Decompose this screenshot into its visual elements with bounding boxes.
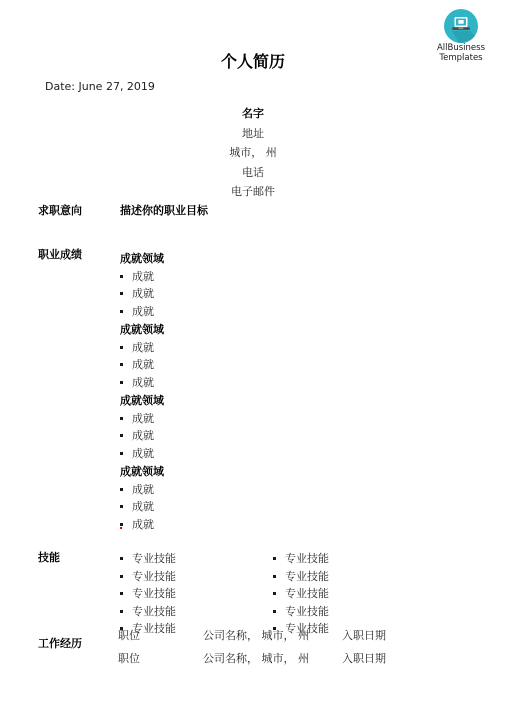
square-bullet-icon bbox=[120, 557, 123, 560]
list-item: 专业技能 bbox=[273, 603, 423, 621]
skill-item-text: 专业技能 bbox=[132, 552, 176, 565]
resume-page: AllBusiness Templates 个人简历 Date: June 27… bbox=[0, 0, 506, 703]
achievement-item-text: 成就 bbox=[132, 429, 154, 442]
square-bullet-icon bbox=[273, 592, 276, 595]
achievement-area-heading: 成就领域 bbox=[120, 250, 340, 268]
list-item: 专业技能 bbox=[273, 550, 423, 568]
skills-column-right: 专业技能 专业技能 专业技能 专业技能 专业技能 bbox=[273, 550, 423, 638]
section-label-objective: 求职意向 bbox=[38, 204, 82, 218]
square-bullet-icon bbox=[120, 346, 123, 349]
contact-phone: 电话 bbox=[0, 163, 506, 183]
skill-item-text: 专业技能 bbox=[285, 605, 329, 618]
section-label-experience: 工作经历 bbox=[38, 637, 82, 651]
achievement-item-text: 成就 bbox=[132, 341, 154, 354]
skill-item-text: 专业技能 bbox=[132, 570, 176, 583]
achievement-item-text: 成就 bbox=[132, 500, 154, 513]
achievement-item-text: 成就 bbox=[132, 483, 154, 496]
list-item: 专业技能 bbox=[120, 568, 270, 586]
skill-item-text: 专业技能 bbox=[285, 552, 329, 565]
experience-start-date: 入职日期 bbox=[342, 652, 386, 666]
list-item: 成就 bbox=[120, 481, 340, 499]
experience-company-city-state: 公司名称， 城市， 州 bbox=[203, 629, 309, 643]
square-bullet-icon bbox=[120, 292, 123, 295]
section-label-achievements: 职业成绩 bbox=[38, 248, 82, 262]
contact-block: 名字 地址 城市， 州 电话 电子邮件 bbox=[0, 104, 506, 202]
experience-position: 职位 bbox=[118, 629, 140, 643]
achievement-group: 成就领域 成就 成就 成就 bbox=[120, 463, 340, 533]
list-item: 成就 bbox=[120, 339, 340, 357]
list-item: 成就 bbox=[120, 285, 340, 303]
square-bullet-icon bbox=[120, 592, 123, 595]
list-item: 成就 bbox=[120, 498, 340, 516]
list-item: 成就 bbox=[120, 356, 340, 374]
contact-name: 名字 bbox=[0, 104, 506, 124]
square-bullet-icon bbox=[120, 505, 123, 508]
achievement-item-text: 成就 bbox=[132, 358, 154, 371]
contact-address: 地址 bbox=[0, 124, 506, 144]
achievement-group: 成就领域 成就 成就 成就 bbox=[120, 321, 340, 391]
list-item: 专业技能 bbox=[120, 585, 270, 603]
achievement-area-heading: 成就领域 bbox=[120, 463, 340, 481]
achievement-area-heading: 成就领域 bbox=[120, 392, 340, 410]
list-item: 成就 bbox=[120, 268, 340, 286]
skill-item-text: 专业技能 bbox=[285, 570, 329, 583]
square-bullet-icon bbox=[120, 275, 123, 278]
square-bullet-icon bbox=[120, 488, 123, 491]
list-item: 成就 bbox=[120, 516, 340, 534]
trailing-period-mark: . bbox=[119, 519, 123, 533]
square-bullet-icon bbox=[120, 452, 123, 455]
achievement-item-text: 成就 bbox=[132, 270, 154, 283]
achievement-item-text: 成就 bbox=[132, 518, 154, 531]
skill-item-text: 专业技能 bbox=[132, 587, 176, 600]
square-bullet-icon bbox=[120, 381, 123, 384]
experience-start-date: 入职日期 bbox=[342, 629, 386, 643]
contact-city-state: 城市， 州 bbox=[0, 143, 506, 163]
achievement-item-text: 成就 bbox=[132, 287, 154, 300]
square-bullet-icon bbox=[273, 557, 276, 560]
list-item: 成就 bbox=[120, 410, 340, 428]
objective-content: 描述你的职业目标 bbox=[120, 204, 208, 218]
list-item: 成就 bbox=[120, 303, 340, 321]
laptop-logo-icon bbox=[444, 9, 478, 43]
square-bullet-icon bbox=[120, 363, 123, 366]
list-item: 专业技能 bbox=[273, 568, 423, 586]
screen-window bbox=[458, 20, 463, 24]
list-item: 成就 bbox=[120, 427, 340, 445]
list-item: 成就 bbox=[120, 374, 340, 392]
achievement-area-heading: 成就领域 bbox=[120, 321, 340, 339]
list-item: 专业技能 bbox=[120, 603, 270, 621]
skills-column-left: 专业技能 专业技能 专业技能 专业技能 专业技能 bbox=[120, 550, 270, 638]
section-label-skills: 技能 bbox=[38, 551, 60, 565]
experience-position: 职位 bbox=[118, 652, 140, 666]
skill-item-text: 专业技能 bbox=[132, 605, 176, 618]
laptop-base-notch bbox=[459, 28, 464, 29]
list-item: 专业技能 bbox=[120, 550, 270, 568]
achievement-item-text: 成就 bbox=[132, 447, 154, 460]
square-bullet-icon bbox=[120, 310, 123, 313]
achievement-item-text: 成就 bbox=[132, 376, 154, 389]
list-item: 专业技能 bbox=[273, 585, 423, 603]
square-bullet-icon bbox=[120, 575, 123, 578]
achievement-item-text: 成就 bbox=[132, 412, 154, 425]
achievement-group: 成就领域 成就 成就 成就 bbox=[120, 392, 340, 462]
date-line: Date: June 27, 2019 bbox=[45, 80, 155, 93]
achievement-groups: 成就领域 成就 成就 成就 成就领域 成就 成就 成就 成就领域 成就 成就 成… bbox=[120, 250, 340, 534]
contact-email: 电子邮件 bbox=[0, 182, 506, 202]
page-title: 个人简历 bbox=[0, 49, 506, 72]
list-item: 成就 bbox=[120, 445, 340, 463]
square-bullet-icon bbox=[120, 417, 123, 420]
square-bullet-icon bbox=[273, 610, 276, 613]
experience-company-city-state: 公司名称， 城市， 州 bbox=[203, 652, 309, 666]
achievement-item-text: 成就 bbox=[132, 305, 154, 318]
achievement-group: 成就领域 成就 成就 成就 bbox=[120, 250, 340, 320]
square-bullet-icon bbox=[273, 575, 276, 578]
square-bullet-icon bbox=[120, 434, 123, 437]
square-bullet-icon bbox=[120, 610, 123, 613]
skill-item-text: 专业技能 bbox=[285, 587, 329, 600]
